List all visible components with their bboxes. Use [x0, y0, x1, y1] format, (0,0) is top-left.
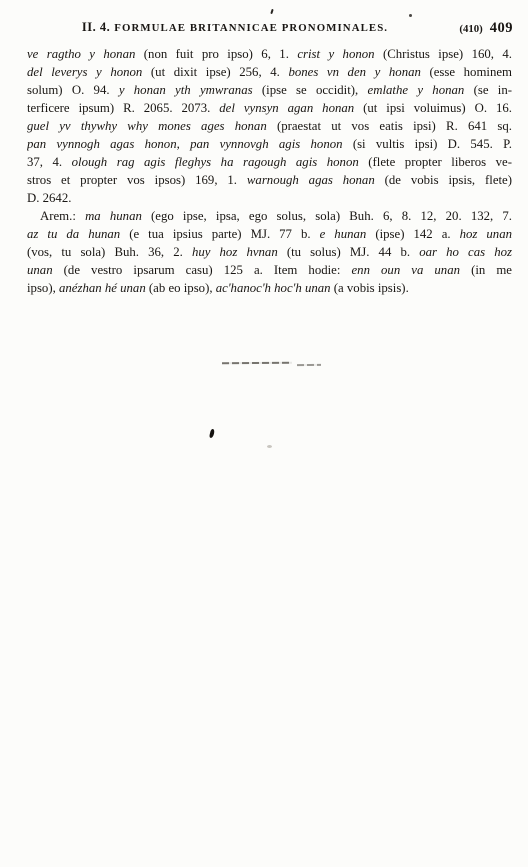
phrase-italic: del vynsyn agan honan: [219, 101, 363, 115]
phrase-italic: y honan yth ymwranas: [119, 83, 262, 97]
phrase-italic: oar ho cas hoz: [419, 245, 512, 259]
phrase-italic: crist y honon: [297, 47, 383, 61]
running-title: II. 4. FORMULAE BRITANNICAE PRONOMINALES…: [0, 18, 470, 36]
text-line: ve ragtho y honan (non fuit pro ipso) 6,…: [27, 45, 512, 63]
phrase-italic: ma hunan: [85, 209, 151, 223]
phrase-roman: (tu solus) MJ. 44 b.: [287, 245, 419, 259]
ink-speck: [270, 9, 273, 14]
phrase-roman: (esse hominem: [429, 65, 512, 79]
phrase-italic: e hunan: [320, 227, 376, 241]
phrase-roman: terficere ipsum) R. 2065. 2073.: [27, 101, 219, 115]
phrase-roman: (flete propter liberos ve-: [368, 155, 512, 169]
phrase-roman: (ut ipsi voluimus) O. 16.: [363, 101, 512, 115]
page-numbers: (410)409: [459, 19, 513, 37]
phrase-roman: (a vobis ipsis).: [334, 281, 409, 295]
text-line: guel yv thywhy why mones ages honan (pra…: [27, 117, 512, 135]
phrase-italic: del leverys y honon: [27, 65, 151, 79]
text-line: az tu da hunan (e tua ipsius parte) MJ. …: [27, 225, 512, 243]
phrase-roman: (ut dixit ipse) 256, 4.: [151, 65, 289, 79]
phrase-italic: guel yv thywhy why mones ages honan: [27, 119, 277, 133]
text-line: (vos, tu sola) Buh. 36, 2. huy hoz hvnan…: [27, 243, 512, 261]
page-number: 409: [490, 20, 513, 36]
ink-speck: [209, 429, 215, 439]
phrase-italic: olough rag agis fleghys ha ragough agis …: [72, 155, 369, 169]
phrase-roman: solum) O. 94.: [27, 83, 119, 97]
text-line: 37, 4. olough rag agis fleghys ha ragoug…: [27, 153, 512, 171]
phrase-roman: (ego ipse, ipsa, ego solus, sola) Buh. 6…: [151, 209, 512, 223]
text-line: stros et propter vos ipsos) 169, 1. warn…: [27, 171, 512, 189]
scan-smudge-line: [222, 362, 292, 364]
phrase-italic: bones vn den y honan: [288, 65, 429, 79]
phrase-italic: warnough agas honan: [247, 173, 385, 187]
phrase-roman: stros et propter vos ipsos) 169, 1.: [27, 173, 247, 187]
phrase-italic: az tu da hunan: [27, 227, 129, 241]
phrase-roman: (ipse) 142 a.: [375, 227, 459, 241]
ink-speck: [267, 445, 272, 448]
phrase-italic: hoz unan: [460, 227, 512, 241]
phrase-roman: (se in-: [474, 83, 512, 97]
phrase-roman: (de vobis ipsis, flete): [385, 173, 512, 187]
phrase-roman: (si vultis ipsi) D. 545. P.: [353, 137, 512, 151]
text-line: solum) O. 94. y honan yth ymwranas (ipse…: [27, 81, 512, 99]
phrase-italic: emlathe y honan: [368, 83, 474, 97]
chapter-title: FORMULAE BRITANNICAE PRONOMINALES.: [114, 22, 388, 34]
text-line: pan vynnogh agas honon, pan vynnovgh agi…: [27, 135, 512, 153]
scanned-book-page: { "header": { "section": "II. 4.", "titl…: [0, 0, 528, 867]
page-header: II. 4. FORMULAE BRITANNICAE PRONOMINALES…: [0, 18, 528, 36]
text-line: del leverys y honon (ut dixit ipse) 256,…: [27, 63, 512, 81]
scan-smudge-line: [297, 364, 321, 366]
phrase-roman: (praestat ut vos eatis ipsi) R. 641 sq.: [277, 119, 512, 133]
ink-speck: [409, 14, 412, 17]
phrase-roman: D. 2642.: [27, 191, 71, 205]
phrase-italic: huy hoz hvnan: [192, 245, 287, 259]
phrase-italic: unan: [27, 263, 64, 277]
phrase-roman: (vos, tu sola) Buh. 36, 2.: [27, 245, 192, 259]
phrase-roman: (ab eo ipso),: [149, 281, 216, 295]
phrase-roman: (in me: [471, 263, 512, 277]
phrase-roman: ipso),: [27, 281, 59, 295]
text-line: unan (de vestro ipsarum casu) 125 a. Ite…: [27, 261, 512, 279]
phrase-italic: ac'hanoc'h hoc'h unan: [216, 281, 334, 295]
phrase-italic: anézhan hé unan: [59, 281, 149, 295]
phrase-roman: (Christus ipse) 160, 4.: [383, 47, 512, 61]
plate-number: (410): [459, 23, 482, 35]
text-line: Arem.: ma hunan (ego ipse, ipsa, ego sol…: [27, 207, 512, 225]
section-number: II. 4.: [82, 20, 110, 34]
phrase-italic: pan vynnogh agas honon, pan vynnovgh agi…: [27, 137, 353, 151]
phrase-italic: enn oun va unan: [351, 263, 471, 277]
phrase-roman: (non fuit pro ipso) 6, 1.: [144, 47, 298, 61]
phrase-roman: Arem.:: [40, 209, 85, 223]
phrase-roman: (ipse se occidit),: [262, 83, 368, 97]
phrase-roman: 37, 4.: [27, 155, 72, 169]
text-line: terficere ipsum) R. 2065. 2073. del vyns…: [27, 99, 512, 117]
phrase-roman: (de vestro ipsarum casu) 125 a. Item hod…: [64, 263, 352, 277]
text-block: ve ragtho y honan (non fuit pro ipso) 6,…: [27, 45, 512, 297]
phrase-italic: ve ragtho y honan: [27, 47, 144, 61]
text-line: ipso), anézhan hé unan (ab eo ipso), ac'…: [27, 279, 512, 297]
text-line: D. 2642.: [27, 189, 512, 207]
phrase-roman: (e tua ipsius parte) MJ. 77 b.: [129, 227, 319, 241]
